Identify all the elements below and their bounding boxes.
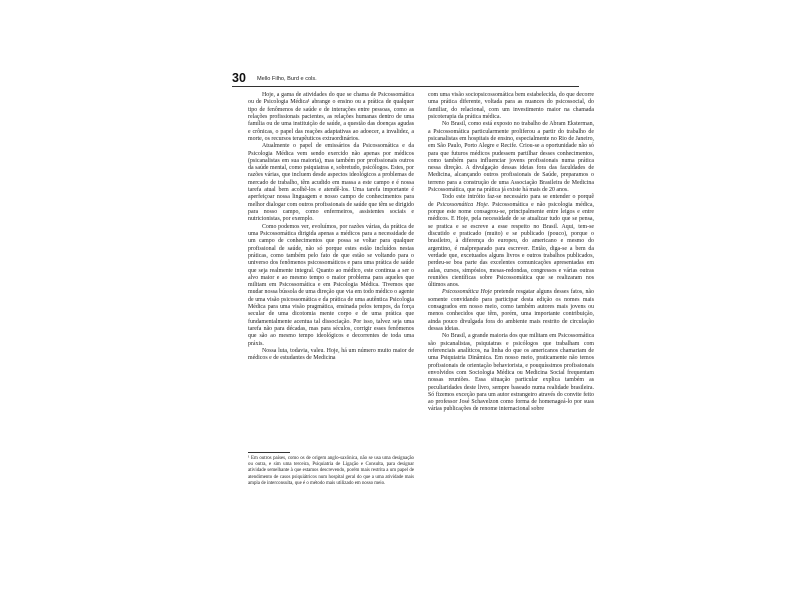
text-run: pretende resgatar alguns desses fatos, n… — [428, 289, 594, 332]
paragraph: Atualmente o papel de emissários da Psic… — [248, 143, 414, 223]
paragraph: Nossa luta, todavia, valeu. Hoje, há um … — [248, 348, 414, 363]
footnote-text: ¹ Em outros países, como os de origem an… — [248, 456, 414, 487]
paragraph: Hoje, a gama de atividades do que se cha… — [248, 92, 414, 143]
left-column: Hoje, a gama de atividades do que se cha… — [248, 92, 414, 363]
paragraph: Todo este intróito faz-se necessário par… — [428, 194, 594, 289]
paragraph: No Brasil, como está exposto no trabalho… — [428, 121, 594, 194]
paragraph: Como podemos ver, evoluímos, por razões … — [248, 224, 414, 348]
book-title: Psicossomática Hoje — [437, 202, 488, 208]
book-page: 30 Mello Filho, Burd e cols. Hoje, a gam… — [0, 0, 810, 590]
book-title: Psicossomática Hoje — [442, 289, 492, 295]
right-column: com uma visão sociopsicossomática bem es… — [428, 92, 594, 414]
paragraph: No Brasil, a grande maioria dos que mili… — [428, 333, 594, 413]
footnote: ¹ Em outros países, como os de origem an… — [248, 456, 414, 487]
text-run: . Psicossomática e não psicologia médica… — [428, 202, 594, 288]
paragraph: com uma visão sociopsicossomática bem es… — [428, 92, 594, 121]
paragraph: Psicossomática Hoje pretende resgatar al… — [428, 289, 594, 333]
footnote-rule — [248, 452, 290, 453]
page-number: 30 — [232, 71, 246, 85]
page-header: 30 Mello Filho, Burd e cols. — [232, 71, 579, 85]
header-rule — [232, 86, 579, 87]
running-head: Mello Filho, Burd e cols. — [257, 75, 317, 83]
